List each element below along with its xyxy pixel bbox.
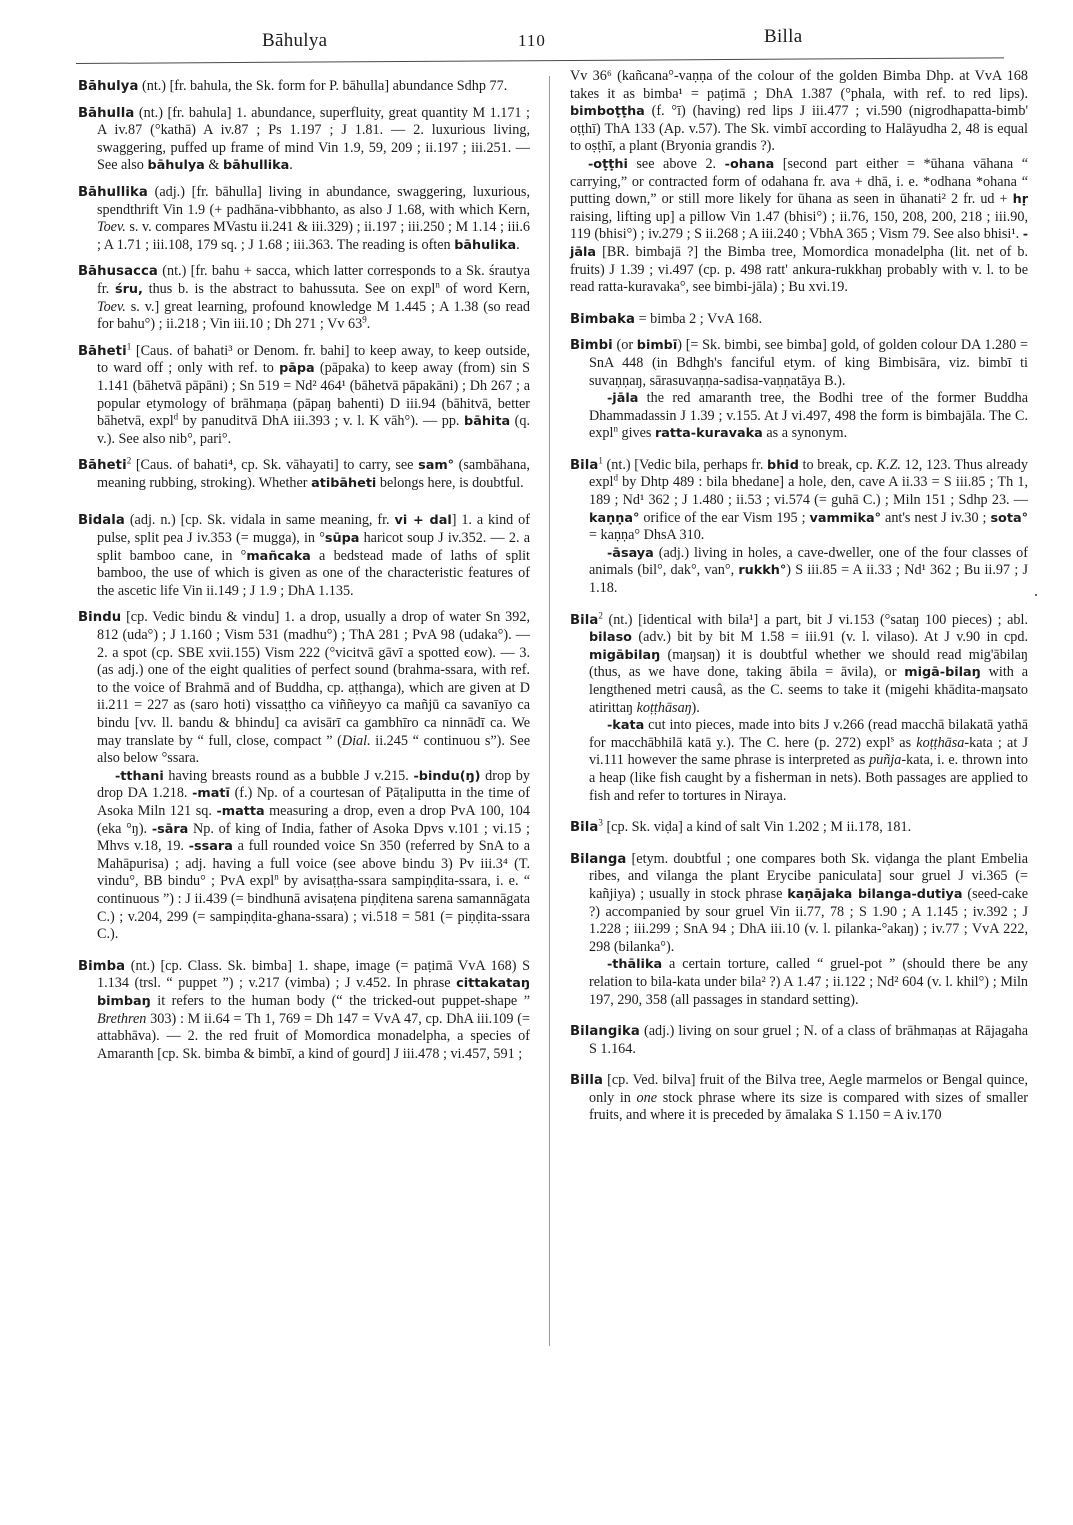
definition: thus b. is the abstract to bahussuta. Se… <box>143 281 435 297</box>
definition: (nt.) [identical with bila¹] a part, bit… <box>603 612 1028 628</box>
entry-bahusacca: Bāhusacca (nt.) [fr. bahu + sacca, which… <box>78 263 530 333</box>
compound-term: -bindu(ŋ) <box>413 769 480 784</box>
compound-term: mañcaka <box>246 549 310 564</box>
definition: (adv.) bit by bit M 1.58 = iii.91 (v. l.… <box>632 629 1028 645</box>
definition: = bimba 2 ; VvA 168. <box>635 311 762 327</box>
entry-bila-2: Bila2 (nt.) [identical with bila¹] a par… <box>570 612 1028 806</box>
cross-reference: bāhulika <box>454 238 516 253</box>
italic-term: koṭṭhāsa <box>916 735 964 751</box>
definition: having breasts round as a bubble J v.215… <box>164 768 414 784</box>
root-word: hṛ <box>1013 192 1028 207</box>
entry-bidala: Bidala (adj. n.) [cp. Sk. vidala in same… <box>78 512 530 600</box>
headword: Billa <box>570 1073 603 1088</box>
column-divider <box>549 76 550 1346</box>
citation-title: Toev. <box>97 299 126 315</box>
entry-baheti-2: Bāheti2 [Caus. of bahati⁴, cp. Sk. vāhay… <box>78 457 530 492</box>
definition: orifice of the ear Vism 195 ; <box>639 510 809 526</box>
print-speck <box>1035 594 1037 596</box>
citation-title: Toev. <box>97 219 126 235</box>
entry-bila-1: Bila1 (nt.) [Vedic bila, perhaps fr. bhi… <box>570 457 1028 598</box>
entry-bilanga: Bilanga [etym. doubtful ; one compares b… <box>570 851 1028 1009</box>
entry-bindu: Bindu [cp. Vedic bindu & vindu] 1. a dro… <box>78 609 530 943</box>
entry-bimba: Bimba (nt.) [cp. Class. Sk. bimba] 1. sh… <box>78 958 530 1064</box>
header-rule <box>76 57 1004 64</box>
left-column: Bāhulya (nt.) [fr. bahula, the Sk. form … <box>78 78 530 1072</box>
italic-term: one <box>637 1090 658 1106</box>
compound-term: bimboṭṭha <box>570 104 645 119</box>
definition: [cp. Sk. viḍa] a kind of salt Vin 1.202 … <box>603 819 911 835</box>
page-header: Bāhulya 110 Billa <box>0 0 1073 62</box>
key-term: migābilaŋ <box>589 648 660 663</box>
definition: as <box>894 735 916 751</box>
compound-term: -sāra <box>152 822 189 837</box>
variant-form: bimbī <box>637 338 677 353</box>
compound-term: -kata <box>607 718 644 733</box>
definition: (adj.) [fr. bāhulla] living in abundance… <box>97 184 530 218</box>
definition: gives <box>618 425 655 441</box>
key-term: pāpa <box>279 361 315 376</box>
definition: . <box>367 316 371 332</box>
definition: by Dhtp 489 : bila bhedane] a hole, den,… <box>589 474 1028 508</box>
headword: Bilangika <box>570 1024 640 1039</box>
compound-subentries: -āsaya (adj.) living in holes, a cave-dw… <box>589 545 1028 598</box>
entry-bimbaka: Bimbaka = bimba 2 ; VvA 168. <box>570 311 1028 329</box>
definition: (adj. n.) [cp. Sk. vidala in same meanin… <box>125 512 395 528</box>
key-term: kaṇājaka bilanga-dutiya <box>787 887 962 902</box>
compound-term: -matī <box>192 786 230 801</box>
definition: as a synonym. <box>763 425 847 441</box>
compound-subentries: -oṭṭhi see above 2. -ohana [second part … <box>570 156 1028 297</box>
compound-term: -āsaya <box>607 546 654 561</box>
compound-term: -ohana <box>725 157 775 172</box>
headword: Bila <box>570 613 598 628</box>
right-guide-word: Billa <box>764 26 802 48</box>
compound-term: -thālika <box>607 957 662 972</box>
headword: Bilanga <box>570 852 626 867</box>
compound-subentries: -kata cut into pieces, made into bits J … <box>589 717 1028 805</box>
definition: (or <box>613 337 637 353</box>
entry-bahulya: Bāhulya (nt.) [fr. bahula, the Sk. form … <box>78 78 530 96</box>
definition: (nt.) [fr. bahula, the Sk. form for P. b… <box>138 78 507 94</box>
definition: [BR. bimbajā ?] the Bimba tree, Momordic… <box>570 244 1028 295</box>
compound-term: ratta-kuravaka <box>655 426 763 441</box>
entry-baheti-1: Bāheti1 [Caus. of bahati³ or Denom. fr. … <box>78 343 530 449</box>
entry-bahulla: Bāhulla (nt.) [fr. bahula] 1. abundance,… <box>78 105 530 175</box>
definition: . <box>289 157 293 173</box>
key-term: bilaso <box>589 630 632 645</box>
definition: ). <box>692 700 700 716</box>
italic-term: koṭṭhāsaŋ <box>637 700 692 716</box>
page-number: 110 <box>518 31 546 51</box>
definition: belongs here, is doubtful. <box>376 475 523 491</box>
entry-bilangika: Bilangika (adj.) living on sour gruel ; … <box>570 1023 1028 1058</box>
entry-bila-3: Bila3 [cp. Sk. viḍa] a kind of salt Vin … <box>570 819 1028 837</box>
headword: Bila <box>570 820 598 835</box>
headword: Bāhulla <box>78 106 134 121</box>
definition: see above 2. <box>628 156 725 172</box>
definition: to break, cp. <box>799 457 877 473</box>
compound-term: -oṭṭhi <box>588 157 628 172</box>
definition: ant's nest J iv.30 ; <box>881 510 990 526</box>
headword: Bāheti <box>78 458 127 473</box>
entry-bimba-continued: Vv 36⁶ (kañcana°-vaṇṇa of the colour of … <box>570 68 1028 297</box>
definition: s. v.] great learning, profound knowledg… <box>97 299 530 333</box>
cross-reference: bāhita <box>464 414 510 429</box>
compound-term: sota° <box>990 511 1028 526</box>
citation-title: Brethren <box>97 1011 146 1027</box>
headword: Bimba <box>78 959 125 974</box>
root-word: bhid <box>767 458 799 473</box>
definition: . <box>516 237 520 253</box>
definition: = kaṇṇa° DhsA 310. <box>589 527 704 543</box>
compound-term: -tthani <box>115 769 164 784</box>
left-guide-word: Bāhulya <box>262 30 327 52</box>
citation-title: Dial. <box>342 733 371 749</box>
headword: Bila <box>570 458 598 473</box>
definition: it refers to the human body (“ the trick… <box>151 993 530 1009</box>
key-term: atibāheti <box>311 476 376 491</box>
definition: raising, lifting up] a pillow Vin 1.47 (… <box>570 209 1028 243</box>
root-word: śru, <box>115 282 143 297</box>
key-term: sam° <box>418 458 454 473</box>
citation-title: K.Z. <box>877 457 901 473</box>
definition: Vv 36⁶ (kañcana°-vaṇṇa of the colour of … <box>570 68 1028 102</box>
headword: Bāheti <box>78 344 127 359</box>
definition: (adj.) living on sour gruel ; N. of a cl… <box>589 1023 1028 1057</box>
headword: Bimbaka <box>570 312 635 327</box>
right-column: Vv 36⁶ (kañcana°-vaṇṇa of the colour of … <box>570 68 1028 1134</box>
definition: [Caus. of bahati⁴, cp. Sk. vāhayati] to … <box>131 457 418 473</box>
definition: & <box>205 157 223 173</box>
entry-billa: Billa [cp. Ved. bilva] fruit of the Bilv… <box>570 1072 1028 1125</box>
italic-term: puñja <box>869 752 901 768</box>
definition: 303) : M ii.64 = Th 1, 769 = Dh 147 = Vv… <box>97 1011 530 1062</box>
definition: [cp. Vedic bindu & vindu] 1. a drop, usu… <box>97 609 530 748</box>
compound-subentries: -tthani having breasts round as a bubble… <box>97 768 530 944</box>
headword: Bāhulya <box>78 79 138 94</box>
headword: Bindu <box>78 610 121 625</box>
entry-bahullika: Bāhullika (adj.) [fr. bāhulla] living in… <box>78 184 530 254</box>
definition: by panuditvā DhA iii.393 ; v. l. K vāh°)… <box>178 413 464 429</box>
headword: Bāhusacca <box>78 264 158 279</box>
entry-bimbi: Bimbi (or bimbī) [= Sk. bimbi, see bimba… <box>570 337 1028 443</box>
key-term: migā-bilaŋ <box>904 665 981 680</box>
compound-term: kaṇṇa° <box>589 511 639 526</box>
definition: (nt.) [Vedic bila, perhaps fr. <box>603 457 767 473</box>
compound-subentries: -thālika a certain torture, called “ gru… <box>589 956 1028 1009</box>
compound-term: sūpa <box>325 531 360 546</box>
compound-term: vammika° <box>809 511 881 526</box>
headword: Bimbi <box>570 338 613 353</box>
headword: Bidala <box>78 513 125 528</box>
cross-reference: bāhullika <box>223 158 289 173</box>
headword: Bāhullika <box>78 185 148 200</box>
compound-term: -matta <box>216 804 264 819</box>
definition: of word Kern, <box>440 281 530 297</box>
compound-term: -ssara <box>189 839 233 854</box>
compound-subentries: -jāla the red amaranth tree, the Bodhi t… <box>589 390 1028 443</box>
compound-term: rukkh° <box>738 563 786 578</box>
cross-reference: bāhulya <box>147 158 204 173</box>
compound-term: -jāla <box>607 391 638 406</box>
root-word: vi + dal <box>394 513 451 528</box>
